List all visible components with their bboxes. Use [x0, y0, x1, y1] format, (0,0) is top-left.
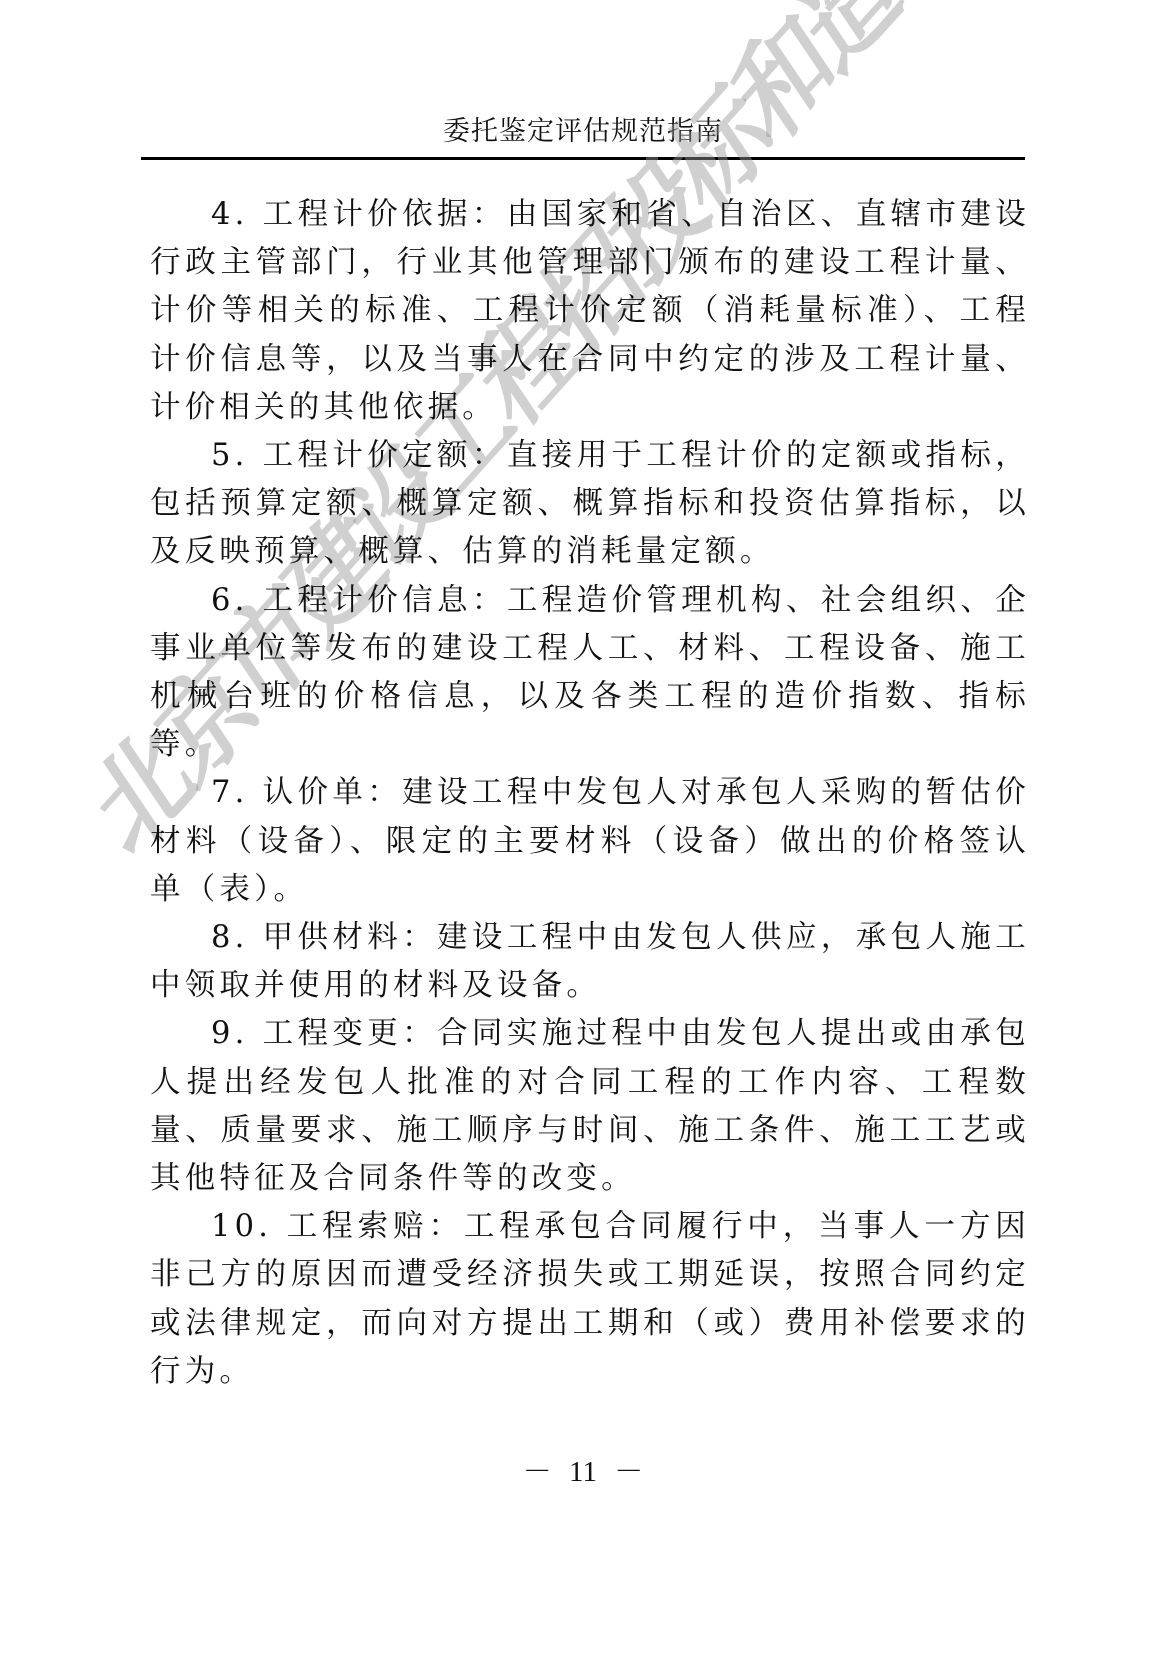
page-number: － 11 － [0, 1452, 1166, 1492]
definition-paragraph-7: 7. 认价单：建设工程中发包人对承包人采购的暂估价材料（设备）、限定的主要材料（… [150, 769, 1030, 914]
body-text: 4. 工程计价依据：由国家和省、自治区、直辖市建设行政主管部门，行业其他管理部门… [150, 191, 1030, 1396]
document-page: 委托鉴定评估规范指南 北京市建设工程招投标和造价管理协会 4. 工程计价依据：由… [0, 0, 1166, 1654]
definition-paragraph-6: 6. 工程计价信息：工程造价管理机构、社会组织、企事业单位等发布的建设工程人工、… [150, 577, 1030, 770]
definition-paragraph-10: 10. 工程索赔：工程承包合同履行中，当事人一方因非己方的原因而遭受经济损失或工… [150, 1203, 1030, 1396]
running-header-title: 委托鉴定评估规范指南 [141, 112, 1025, 152]
definition-paragraph-9: 9. 工程变更：合同实施过程中由发包人提出或由承包人提出经发包人批准的对合同工程… [150, 1010, 1030, 1203]
header-divider [141, 157, 1025, 160]
definition-paragraph-5: 5. 工程计价定额：直接用于工程计价的定额或指标，包括预算定额、概算定额、概算指… [150, 432, 1030, 577]
definition-paragraph-8: 8. 甲供材料：建设工程中由发包人供应，承包人施工中领取并使用的材料及设备。 [150, 914, 1030, 1010]
definition-paragraph-4: 4. 工程计价依据：由国家和省、自治区、直辖市建设行政主管部门，行业其他管理部门… [150, 191, 1030, 432]
